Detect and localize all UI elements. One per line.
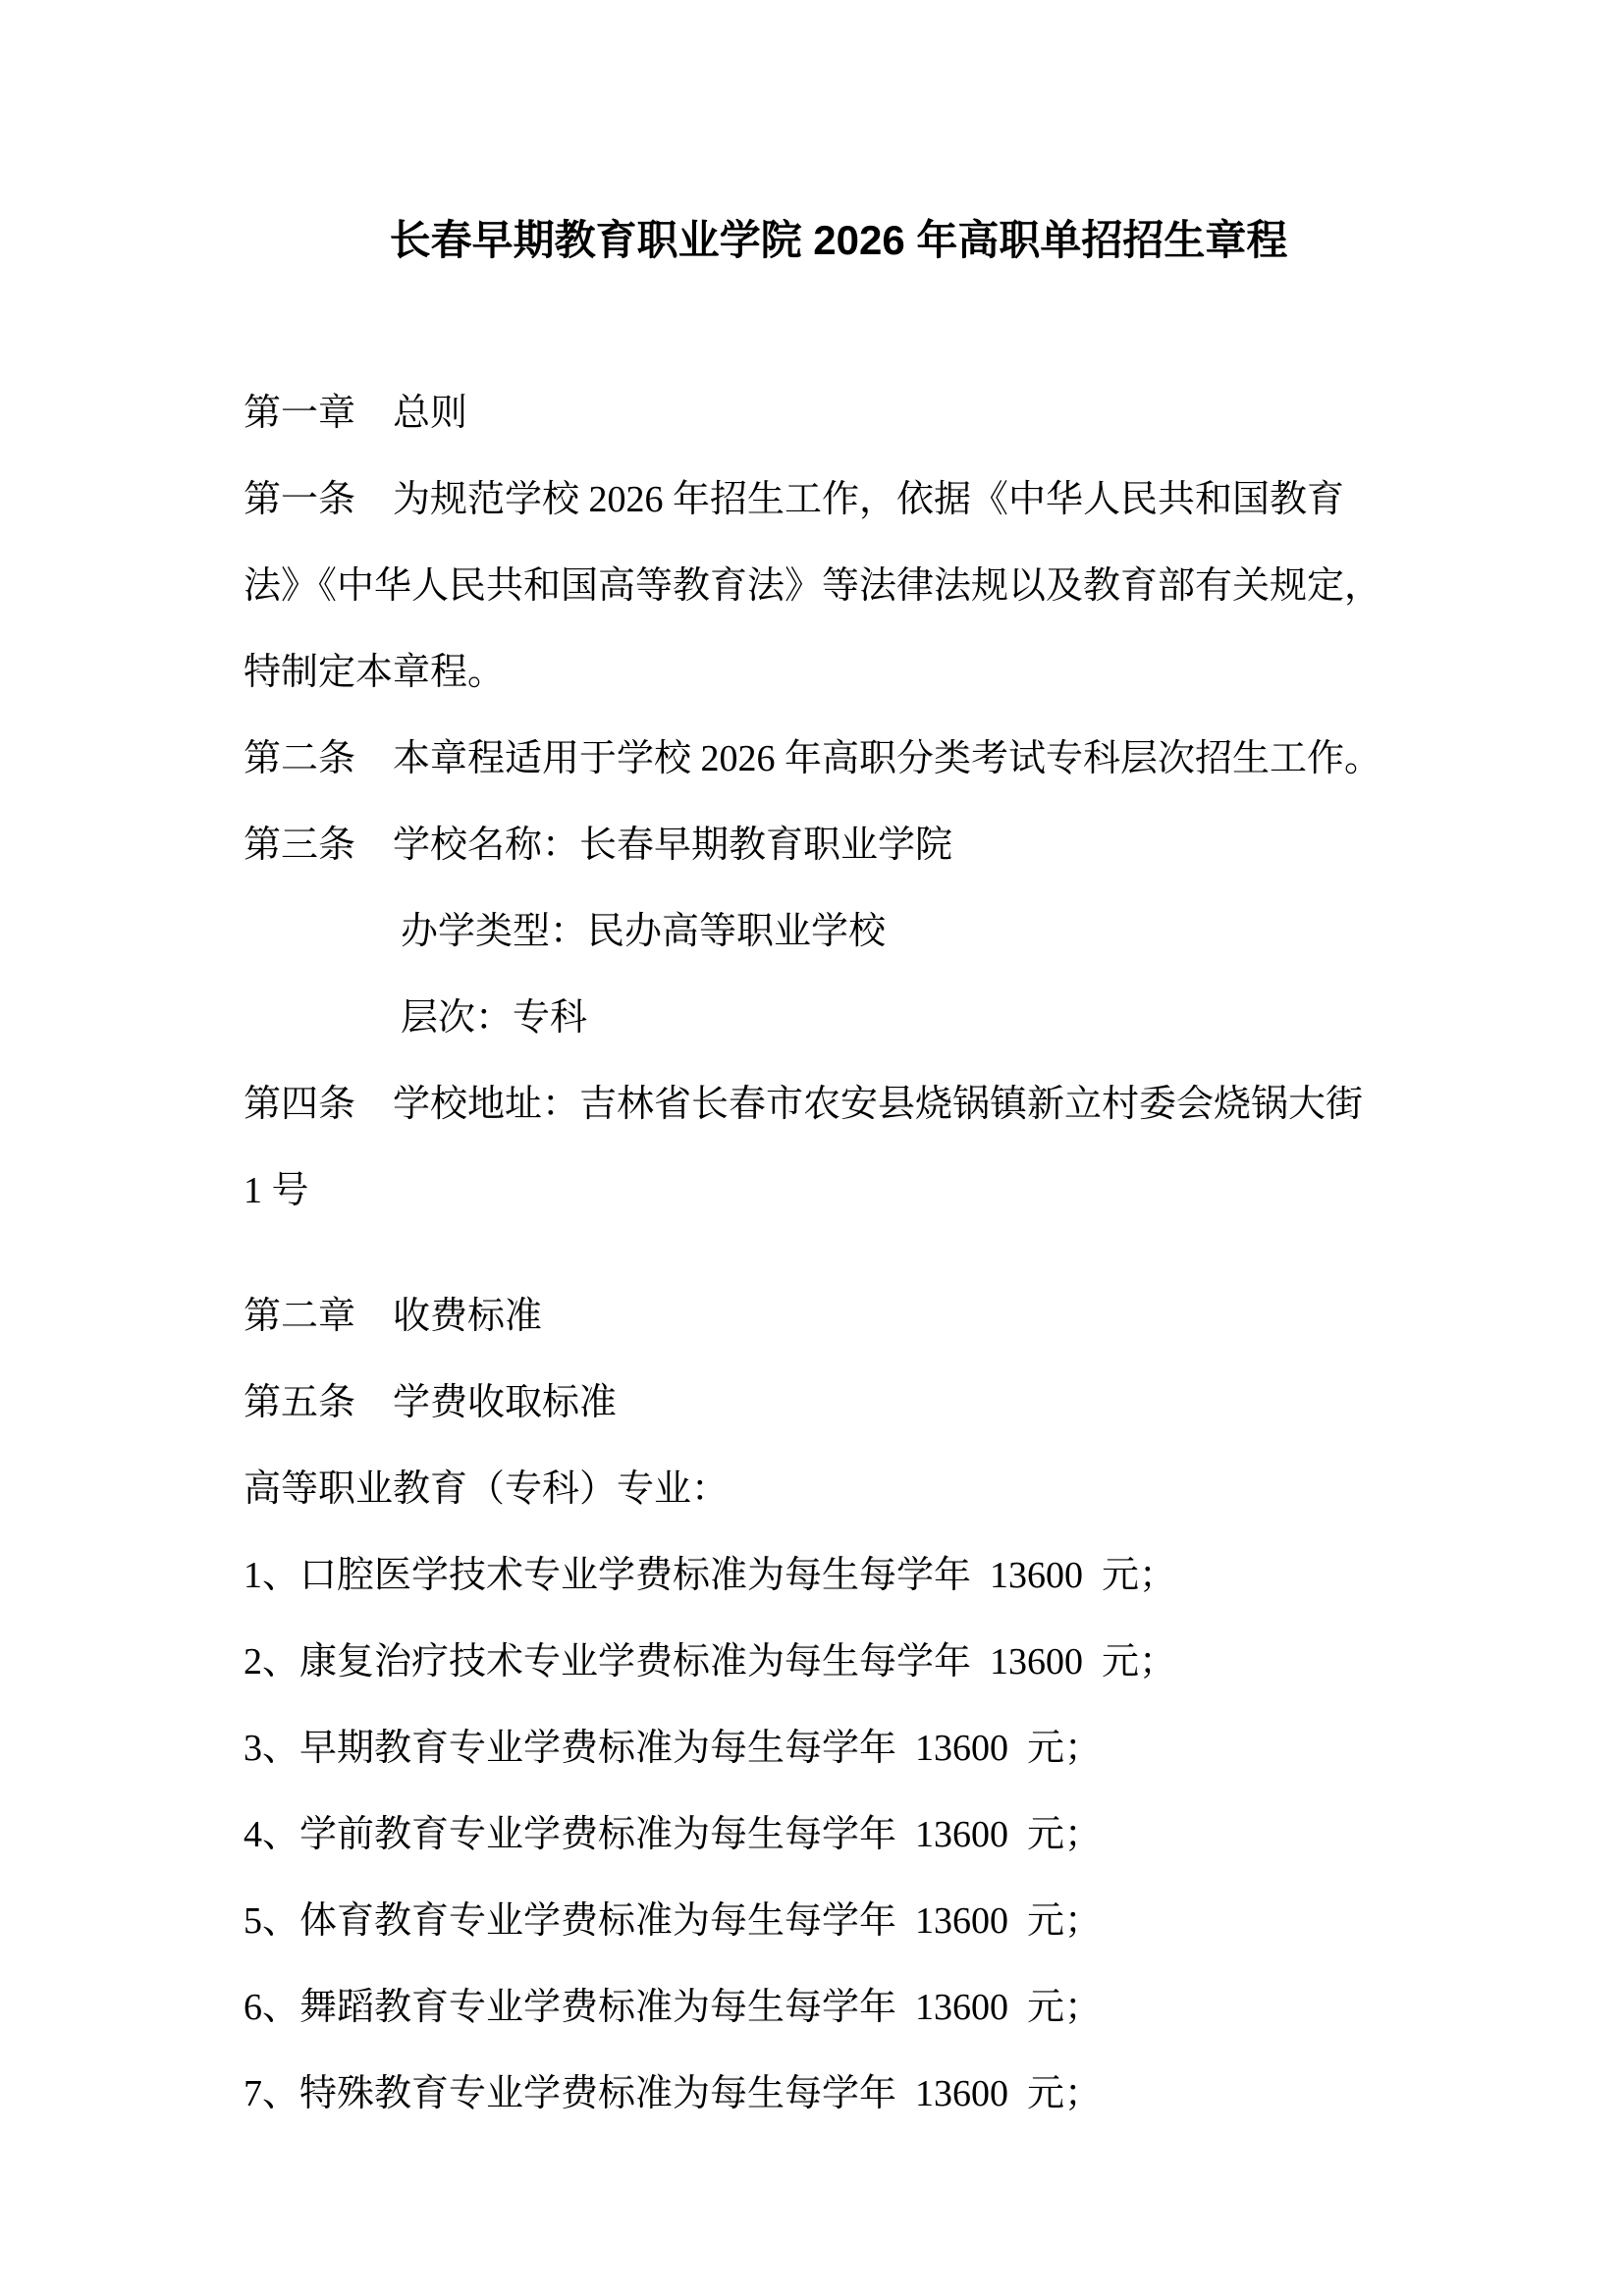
document-page: 长春早期教育职业学院 2026 年高职单招招生章程 第一章 总则 第一条 为规范… — [0, 0, 1624, 2296]
tuition-item-5: 5、体育教育专业学费标准为每生每学年 13600 元； — [244, 1878, 1434, 1964]
tuition-item-1: 1、口腔医学技术专业学费标准为每生每学年 13600 元； — [244, 1532, 1434, 1619]
tuition-item-6: 6、舞蹈教育专业学费标准为每生每学年 13600 元； — [244, 1964, 1434, 2051]
tuition-item-4: 4、学前教育专业学费标准为每生每学年 13600 元； — [244, 1791, 1434, 1878]
article-4-address-line-1: 第四条 学校地址：吉林省长春市农安县烧锅镇新立村委会烧锅大街 — [244, 1061, 1434, 1148]
article-5-heading: 第五条 学费收取标准 — [244, 1360, 1434, 1446]
document-title: 长春早期教育职业学院 2026 年高职单招招生章程 — [244, 197, 1434, 284]
article-3-school-name: 第三条 学校名称：长春早期教育职业学院 — [244, 802, 1434, 888]
article-1-line-3: 特制定本章程。 — [244, 629, 1434, 716]
blank-line — [244, 284, 1434, 370]
tuition-item-7: 7、特殊教育专业学费标准为每生每学年 13600 元； — [244, 2051, 1434, 2137]
chapter-2-heading: 第二章 收费标准 — [244, 1273, 1434, 1360]
chapter-1-heading: 第一章 总则 — [244, 370, 1434, 456]
article-1-line-1: 第一条 为规范学校 2026 年招生工作，依据《中华人民共和国教育 — [244, 456, 1434, 543]
article-4-address-line-2: 1 号 — [244, 1148, 1434, 1234]
document-content: 长春早期教育职业学院 2026 年高职单招招生章程 第一章 总则 第一条 为规范… — [244, 197, 1434, 2137]
tuition-item-2: 2、康复治疗技术专业学费标准为每生每学年 13600 元； — [244, 1619, 1434, 1705]
school-level-line: 层次：专科 — [244, 975, 1434, 1061]
article-2-line: 第二条 本章程适用于学校 2026 年高职分类考试专科层次招生工作。 — [244, 716, 1434, 802]
article-1-line-2: 法》《中华人民共和国高等教育法》等法律法规以及教育部有关规定， — [244, 543, 1434, 629]
tuition-item-3: 3、早期教育专业学费标准为每生每学年 13600 元； — [244, 1705, 1434, 1791]
majors-intro-line: 高等职业教育（专科）专业： — [244, 1446, 1434, 1532]
school-type-line: 办学类型：民办高等职业学校 — [244, 888, 1434, 975]
